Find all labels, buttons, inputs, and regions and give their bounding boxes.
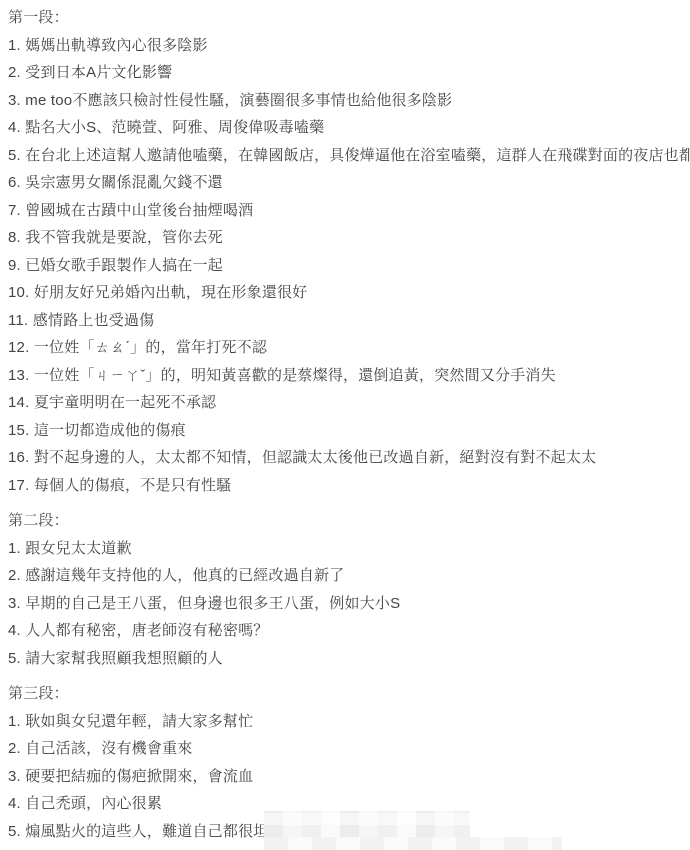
list-item: 2. 受到日本A片文化影響 bbox=[8, 59, 686, 87]
list-item: 6. 吳宗憲男女關係混亂欠錢不還 bbox=[8, 169, 686, 197]
list-item: 17. 每個人的傷痕，不是只有性騷 bbox=[8, 472, 686, 500]
list-item: 2. 感謝這幾年支持他的人，他真的已經改過自新了 bbox=[8, 562, 686, 590]
section: 第二段：1. 跟女兒太太道歉2. 感謝這幾年支持他的人，他真的已經改過自新了3.… bbox=[8, 507, 686, 672]
section-heading: 第二段： bbox=[8, 507, 686, 535]
list-item: 12. 一位姓「ㄊㄠˊ」的，當年打死不認 bbox=[8, 334, 686, 362]
list-item: 3. 硬要把結痂的傷疤掀開來，會流血 bbox=[8, 763, 686, 791]
list-item: 1. 耿如與女兒還年輕，請大家多幫忙 bbox=[8, 708, 686, 736]
list-item: 9. 已婚女歌手跟製作人搞在一起 bbox=[8, 252, 686, 280]
redaction-blur-strip bbox=[264, 837, 562, 850]
list-item: 15. 這一切都造成他的傷痕 bbox=[8, 417, 686, 445]
section-heading: 第三段： bbox=[8, 680, 686, 708]
list-item: 13. 一位姓「ㄐㄧㄚˇ」的，明知黃喜歡的是蔡燦得，還倒追黃，突然間又分手消失 bbox=[8, 362, 686, 390]
section-heading: 第一段： bbox=[8, 4, 686, 32]
list-item: 4. 點名大小S、范曉萱、阿雅、周俊偉吸毒嗑藥 bbox=[8, 114, 686, 142]
section: 第一段：1. 媽媽出軌導致內心很多陰影2. 受到日本A片文化影響3. me to… bbox=[8, 4, 686, 499]
list-item: 2. 自己活該，沒有機會重來 bbox=[8, 735, 686, 763]
list-item: 5. 請大家幫我照顧我想照顧的人 bbox=[8, 645, 686, 673]
list-item: 5. 在台北上述這幫人邀請他嗑藥，在韓國飯店，具俊燁逼他在浴室嗑藥，這群人在飛碟… bbox=[8, 142, 686, 170]
list-item: 8. 我不管我就是要說，管你去死 bbox=[8, 224, 686, 252]
list-item: 14. 夏宇童明明在一起死不承認 bbox=[8, 389, 686, 417]
list-item: 3. 早期的自己是王八蛋，但身邊也很多王八蛋，例如大小S bbox=[8, 590, 686, 618]
list-item: 4. 人人都有秘密，唐老師沒有秘密嗎？ bbox=[8, 617, 686, 645]
transcript-page: 第一段：1. 媽媽出軌導致內心很多陰影2. 受到日本A片文化影響3. me to… bbox=[8, 4, 686, 845]
list-item: 1. 跟女兒太太道歉 bbox=[8, 535, 686, 563]
list-item: 3. me too不應該只檢討性侵性騷，演藝圈很多事情也給他很多陰影 bbox=[8, 87, 686, 115]
list-item: 11. 感情路上也受過傷 bbox=[8, 307, 686, 335]
list-item: 1. 媽媽出軌導致內心很多陰影 bbox=[8, 32, 686, 60]
list-item: 7. 曾國城在古蹟中山堂後台抽煙喝酒 bbox=[8, 197, 686, 225]
list-item: 10. 好朋友好兄弟婚內出軌，現在形象還很好 bbox=[8, 279, 686, 307]
list-item: 16. 對不起身邊的人，太太都不知情，但認識太太後他已改過自新，絕對沒有對不起太… bbox=[8, 444, 686, 472]
